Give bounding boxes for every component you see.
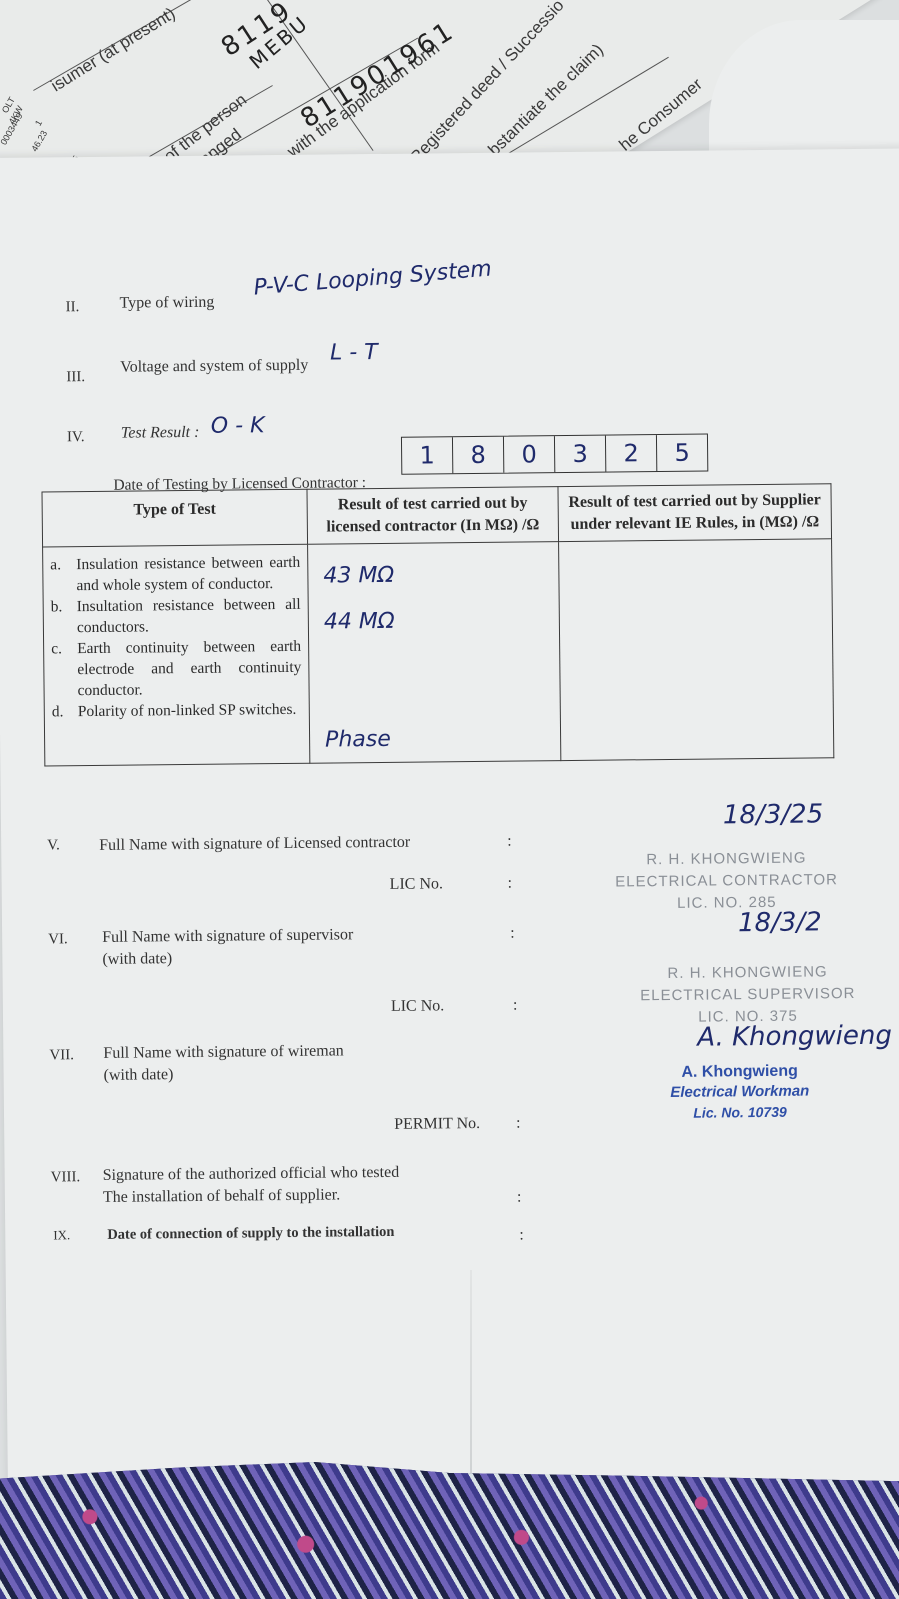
stamp-name: R. H. KHONGWIENG: [601, 847, 851, 872]
item-numeral: III.: [66, 369, 85, 386]
colon: :: [517, 1189, 522, 1207]
colon: :: [519, 1227, 524, 1245]
stamp-title: ELECTRICAL SUPERVISOR: [623, 983, 873, 1008]
test-row-b: b. Insultation resistance between all co…: [51, 594, 301, 639]
paper-fold: [470, 1270, 472, 1480]
row-letter: c.: [51, 638, 78, 701]
wireman-label-date: (with date): [104, 1066, 174, 1085]
item-numeral: IX.: [53, 1227, 70, 1243]
test-description: Insultation resistance between all condu…: [77, 594, 301, 638]
item-numeral: V.: [47, 837, 60, 854]
contractor-stamp: R. H. KHONGWIENG ELECTRICAL CONTRACTOR L…: [601, 847, 852, 916]
contractor-signature-date: 18/3/25: [723, 799, 824, 830]
test-results-table: Type of Test Result of test carried out …: [41, 483, 834, 766]
supervisor-label: Full Name with signature of supervisor: [102, 926, 353, 947]
stamp-name: R. H. KHONGWIENG: [622, 961, 872, 986]
type-of-wiring-label: Type of wiring: [119, 294, 214, 313]
supervisor-stamp: R. H. KHONGWIENG ELECTRICAL SUPERVISOR L…: [622, 961, 873, 1030]
test-row-c: c. Earth continuity between earth electr…: [51, 636, 302, 702]
test-result-label: Test Result :: [121, 424, 200, 443]
result-b: 44 MΩ: [310, 597, 558, 644]
date-digit: 1: [402, 437, 453, 474]
colon: :: [513, 997, 518, 1015]
licensed-contractor-label: Full Name with signature of Licensed con…: [99, 834, 410, 855]
permit-no-label: PERMIT No.: [394, 1115, 480, 1134]
column-header-type: Type of Test: [42, 489, 308, 547]
stamp-license: Lic. No. 10739: [650, 1101, 830, 1123]
item-numeral: IV.: [67, 429, 85, 446]
colon: :: [508, 875, 513, 893]
test-types-cell: a. Insulation resistance between earth a…: [43, 544, 310, 766]
result-c: [310, 655, 558, 702]
colon: :: [510, 925, 515, 943]
voltage-supply-value: L - T: [330, 340, 378, 365]
test-result-value: O - K: [211, 413, 265, 439]
date-digit: 2: [606, 435, 657, 472]
fabric-background: [0, 1462, 899, 1599]
lic-no-label: LIC No.: [391, 997, 445, 1016]
supplier-results-cell: [559, 539, 834, 761]
supplier-official-label: Signature of the authorized official who…: [103, 1164, 400, 1185]
item-numeral: II.: [65, 299, 79, 316]
row-letter: d.: [52, 701, 78, 722]
wireman-label: Full Name with signature of wireman: [103, 1042, 344, 1063]
test-description: Polarity of non-linked SP switches.: [78, 699, 302, 722]
item-numeral: VII.: [49, 1047, 74, 1064]
voltage-supply-label: Voltage and system of supply: [120, 357, 308, 377]
date-digit: 3: [555, 436, 606, 473]
column-header-supplier: Result of test carried out by Supplier u…: [558, 484, 832, 542]
test-description: Earth continuity between earth electrode…: [77, 636, 302, 701]
test-row-a: a. Insulation resistance between earth a…: [50, 552, 300, 597]
colon: :: [516, 1115, 521, 1133]
wireman-signature: A. Khongwieng: [697, 1021, 892, 1053]
column-header-contractor: Result of test carried out by licensed c…: [307, 487, 559, 545]
item-numeral: VI.: [48, 931, 68, 948]
test-certificate-page: II. Type of wiring P-V-C Looping System …: [0, 148, 899, 1498]
stamp-title: Electrical Workman: [650, 1081, 830, 1103]
date-of-connection-label: Date of connection of supply to the inst…: [107, 1224, 394, 1244]
date-digit: 8: [453, 437, 504, 474]
stamp-title: ELECTRICAL CONTRACTOR: [602, 869, 852, 894]
type-of-wiring-value: P-V-C Looping System: [253, 257, 493, 301]
test-description: Insulation resistance between earth and …: [76, 552, 300, 596]
result-d: Phase: [311, 715, 559, 762]
stamp-name: A. Khongwieng: [650, 1061, 830, 1083]
contractor-results-cell: 43 MΩ 44 MΩ Phase: [308, 542, 561, 764]
item-numeral: VIII.: [51, 1169, 81, 1186]
result-a: 43 MΩ: [309, 551, 557, 598]
date-digit: 0: [504, 436, 555, 473]
supervisor-signature-date: 18/3/2: [738, 907, 822, 938]
row-letter: a.: [50, 554, 76, 596]
table-body-row: a. Insulation resistance between earth a…: [43, 539, 834, 766]
lic-no-label: LIC No.: [390, 875, 444, 894]
row-letter: b.: [51, 596, 77, 638]
supervisor-label-date: (with date): [102, 950, 172, 969]
date-digit: 5: [657, 435, 707, 472]
wireman-stamp: A. Khongwieng Electrical Workman Lic. No…: [650, 1061, 831, 1123]
date-of-testing-boxes: 1 8 0 3 2 5: [401, 434, 708, 475]
test-row-d: d. Polarity of non-linked SP switches.: [52, 699, 302, 723]
colon: :: [507, 833, 512, 851]
supplier-official-label-2: The installation of behalf of supplier.: [103, 1186, 340, 1206]
